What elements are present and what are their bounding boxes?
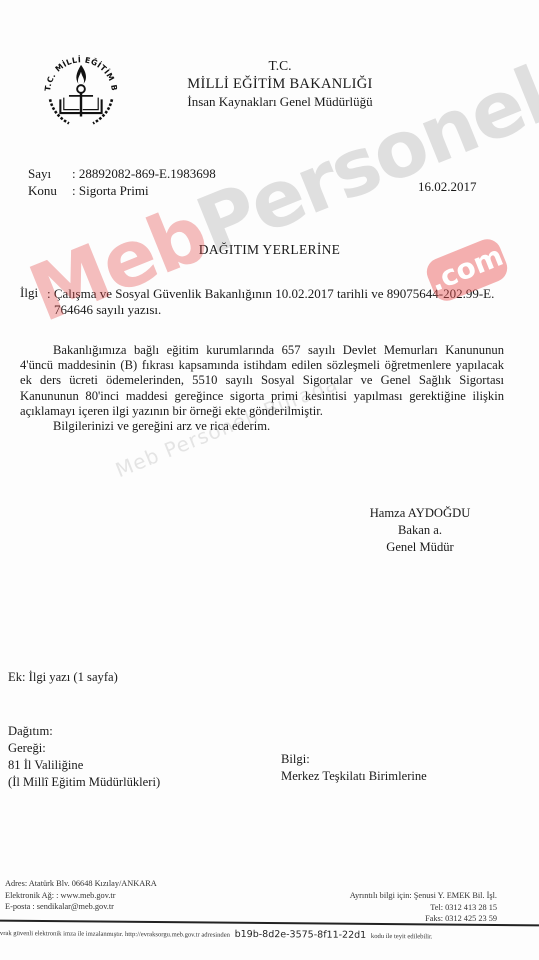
distribution-bilgi: Bilgi: Merkez Teşkilatı Birimlerine — [281, 751, 427, 785]
verify-prefix: vrak güvenli elektronik imza ile imzalan… — [0, 930, 230, 939]
letterhead: T.C. MİLLİ EĞİTİM BAKANLIĞI İnsan Kaynak… — [170, 57, 390, 111]
bilgi-label: Bilgi: — [281, 751, 427, 768]
verify-code: b19b-8d2e-3575-8f11-22d1 — [235, 929, 367, 941]
letterhead-tc: T.C. — [170, 57, 390, 75]
footer-web-link[interactable]: Elektronik Ağ: : www.meb.gov.tr — [5, 890, 157, 902]
ilgi-line-1: : Çalışma ve Sosyal Güvenlik Bakanlığını… — [47, 286, 494, 301]
meb-emblem-icon: T.C. MİLLİ EĞİTİM BAKANLIĞI — [38, 46, 124, 132]
signature-block: Hamza AYDOĞDU Bakan a. Genel Müdür — [360, 505, 480, 556]
footer-email-link[interactable]: E-posta : sendikalar@meb.gov.tr — [5, 901, 157, 913]
verify-suffix: kodu ile teyit edilebilir. — [371, 933, 433, 940]
document-meta: Sayı : 28892082-869-E.1983698 Konu : Sig… — [28, 165, 216, 199]
footer-verification: vrak güvenli elektronik imza ile imzalan… — [0, 927, 539, 942]
body-paragraph: Bakanlığımıza bağlı eğitim kurumlarında … — [20, 343, 504, 419]
signatory-title: Genel Müdür — [360, 539, 480, 556]
sayi-value: : 28892082-869-E.1983698 — [72, 165, 216, 182]
sayi-label: Sayı — [28, 165, 72, 182]
letterhead-department: İnsan Kaynakları Genel Müdürlüğü — [170, 93, 390, 111]
svg-text:T.C. MİLLİ EĞİTİM BAKANLIĞI: T.C. MİLLİ EĞİTİM BAKANLIĞI — [38, 46, 119, 92]
ilgi-line-2: 764646 sayılı yazısı. — [47, 302, 525, 318]
gerei-item: 81 İl Valiliğine — [8, 757, 160, 774]
konu-label: Konu — [28, 182, 72, 199]
footer-address: Adres: Atatürk Blv. 06648 Kızılay/ANKARA — [5, 878, 157, 890]
distribution-gerei: Dağıtım: Gereği: 81 İl Valiliğine (İl Mi… — [8, 723, 160, 791]
document-title: DAĞITIM YERLERİNE — [0, 242, 539, 258]
letterhead-ministry: MİLLİ EĞİTİM BAKANLIĞI — [170, 75, 390, 93]
distribution-heading: Dağıtım: — [8, 723, 160, 740]
bilgi-item: Merkez Teşkilatı Birimlerine — [281, 768, 427, 785]
konu-value: : Sigorta Primi — [72, 182, 149, 199]
footer-contact-person: Ayrıntılı bilgi için: Şenusi Y. EMEK Bil… — [350, 890, 497, 902]
signatory-authority: Bakan a. — [360, 522, 480, 539]
footer-contact-right: Ayrıntılı bilgi için: Şenusi Y. EMEK Bil… — [350, 890, 497, 925]
document-date: 16.02.2017 — [418, 179, 477, 195]
document-page: T.C. MİLLİ EĞİTİM BAKANLIĞI T.C. MİLLİ E… — [0, 0, 539, 960]
footer-contact-left: Adres: Atatürk Blv. 06648 Kızılay/ANKARA… — [5, 878, 157, 913]
gerei-item: (İl Millî Eğitim Müdürlükleri) — [8, 774, 160, 791]
signatory-name: Hamza AYDOĞDU — [360, 505, 480, 522]
body-closing: Bilgilerinizi ve gereğini arz ve rica ed… — [20, 419, 504, 434]
letter-body: Bakanlığımıza bağlı eğitim kurumlarında … — [20, 343, 504, 434]
gerei-label: Gereği: — [8, 740, 160, 757]
ilgi-label: İlgi — [20, 285, 38, 301]
attachment-note: Ek: İlgi yazı (1 sayfa) — [8, 670, 118, 685]
footer-tel: Tel: 0312 413 28 15 — [350, 902, 497, 914]
